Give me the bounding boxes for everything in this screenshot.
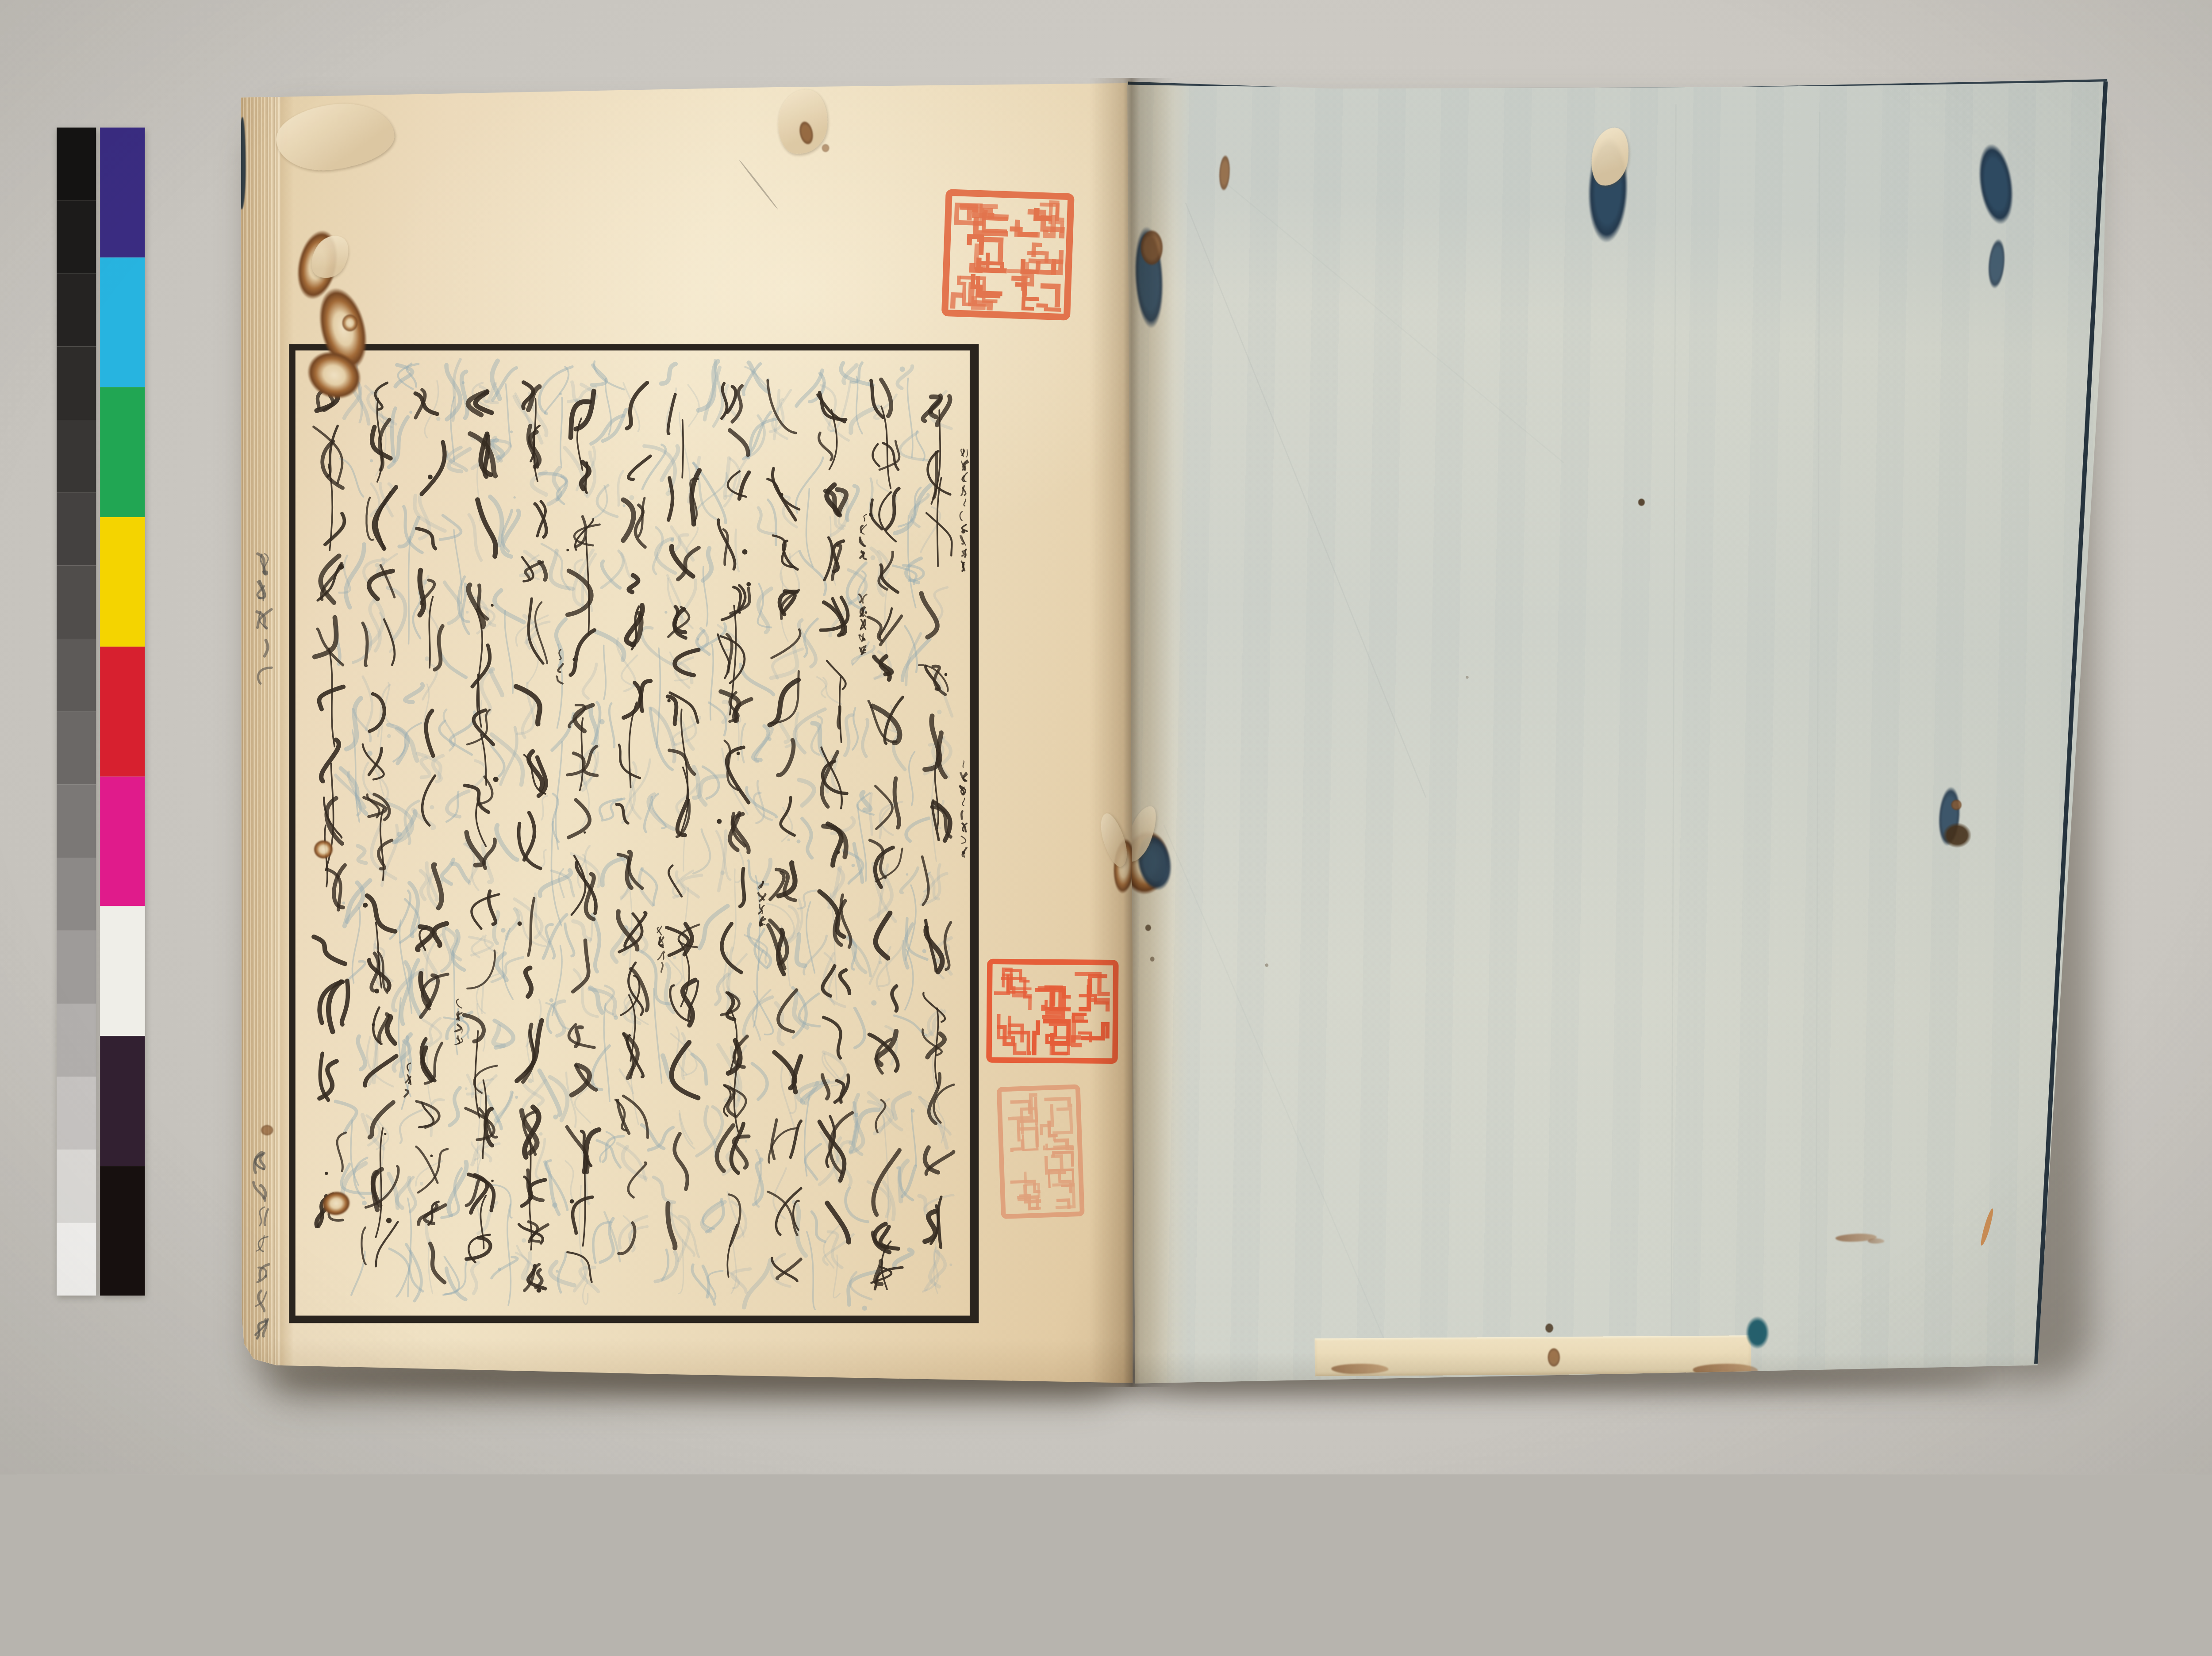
calligraphy-swash xyxy=(908,516,915,608)
calligraphy-stroke xyxy=(465,1108,494,1140)
calligraphy-stroke xyxy=(770,920,787,964)
calligraphy-stroke xyxy=(632,606,639,649)
calligraphy-stroke xyxy=(899,1161,907,1201)
calligraphy-swash xyxy=(604,645,606,699)
calligraphy-stroke xyxy=(961,561,964,571)
calligraphy-stroke xyxy=(962,848,966,857)
calligraphy-stroke xyxy=(780,592,797,614)
calligraphy-stroke xyxy=(961,836,966,843)
calligraphy-stroke xyxy=(875,1268,902,1289)
calligraphy-swash xyxy=(730,606,736,715)
calligraphy-stroke xyxy=(502,511,519,557)
calligraphy-stroke xyxy=(732,1202,746,1238)
gray-step xyxy=(57,493,96,566)
calligraphy-stroke xyxy=(926,666,939,690)
calligraphy-stroke xyxy=(877,480,896,501)
calligraphy-stroke xyxy=(681,580,695,623)
calligraphy-stroke xyxy=(397,729,417,761)
calligraphy-stroke xyxy=(398,364,413,389)
calligraphy-stroke xyxy=(732,386,742,422)
seal-script-stroke xyxy=(1022,1108,1037,1133)
calligraphy-stroke xyxy=(366,1166,399,1207)
calligraphy-stroke xyxy=(868,1182,890,1217)
calligraphy-stroke xyxy=(932,807,951,837)
paper-flap xyxy=(305,229,356,285)
calligraphy-stroke xyxy=(879,492,896,541)
brown-stain xyxy=(1217,150,1232,195)
calligraphy-stroke xyxy=(668,866,681,897)
seal-script-stroke xyxy=(1014,278,1025,293)
calligraphy-stroke xyxy=(718,1045,737,1100)
calligraphy-stroke xyxy=(379,559,390,578)
calligraphy-stroke xyxy=(778,990,797,1031)
calligraphy-stroke xyxy=(347,962,365,983)
calligraphy-stroke xyxy=(539,562,546,579)
calligraphy-stroke xyxy=(388,725,407,763)
calligraphy-stroke xyxy=(466,1238,490,1259)
calligraphy-stroke xyxy=(668,478,672,520)
calligraphy-swash xyxy=(507,1204,511,1305)
calligraphy-stroke xyxy=(524,1177,532,1199)
calligraphy-stroke xyxy=(962,461,965,470)
calligraphy-stroke xyxy=(885,705,896,732)
calligraphy-stroke xyxy=(260,1153,264,1169)
calligraphy-stroke xyxy=(572,856,585,915)
calligraphy-stroke xyxy=(826,491,840,515)
calligraphy-stroke xyxy=(964,462,968,470)
ink-dot xyxy=(852,864,855,867)
calligraphy-stroke xyxy=(841,363,873,385)
calligraphy-stroke xyxy=(848,1271,879,1305)
calligraphy-stroke xyxy=(407,1063,410,1071)
seal-script-stroke xyxy=(983,215,1006,231)
seal-script-stroke xyxy=(1023,261,1037,272)
calligraphy-stroke xyxy=(686,528,698,554)
calligraphy-stroke xyxy=(879,947,891,986)
calligraphy-stroke xyxy=(794,709,825,752)
cover-edge-sliver xyxy=(239,117,246,209)
calligraphy-stroke xyxy=(900,432,927,460)
calligraphy-stroke xyxy=(530,394,546,435)
calligraphy-stroke xyxy=(937,1206,941,1247)
seal-script-stroke xyxy=(1054,1038,1068,1054)
calligraphy-stroke xyxy=(790,554,799,593)
calligraphy-swash xyxy=(907,378,913,457)
calligraphy-stroke xyxy=(919,665,948,691)
ink-dot xyxy=(673,1061,677,1065)
gutter-seal-small xyxy=(999,1087,1082,1217)
calligraphy-stroke xyxy=(716,832,730,880)
calligraphy-stroke xyxy=(489,891,495,924)
calligraphy-stroke xyxy=(409,883,418,936)
calligraphy-stroke xyxy=(376,1119,388,1149)
calligraphy-stroke xyxy=(851,407,878,433)
calligraphy-stroke xyxy=(450,712,475,745)
dark-speck xyxy=(1940,820,1974,851)
calligraphy-stroke xyxy=(477,500,495,556)
calligraphy-stroke xyxy=(409,1077,411,1083)
calligraphy-swash xyxy=(684,802,689,871)
calligraphy-stroke xyxy=(827,1203,849,1242)
ink-dot xyxy=(462,381,465,384)
calligraphy-stroke xyxy=(407,364,419,387)
seal-script-stroke xyxy=(1080,996,1108,1003)
ink-dot xyxy=(539,1132,543,1136)
calligraphy-stroke xyxy=(472,438,491,468)
gray-step xyxy=(57,127,96,200)
calligraphy-stroke xyxy=(409,1077,411,1084)
calligraphy-stroke xyxy=(776,1188,801,1235)
calligraphy-stroke xyxy=(854,844,863,882)
calligraphy-swash xyxy=(399,998,411,1096)
calligraphy-stroke xyxy=(873,1150,899,1215)
calligraphy-stroke xyxy=(385,683,393,726)
calligraphy-stroke xyxy=(759,905,764,914)
calligraphy-stroke xyxy=(933,737,949,777)
calligraphy-stroke xyxy=(523,1024,534,1081)
calligraphy-stroke xyxy=(631,969,648,1011)
calligraphy-stroke xyxy=(318,383,346,408)
calligraphy-stroke xyxy=(457,1012,459,1019)
calligraphy-stroke xyxy=(623,383,639,431)
calligraphy-stroke xyxy=(675,658,693,688)
calligraphy-stroke xyxy=(577,447,595,490)
ink-dot xyxy=(436,417,440,421)
calligraphy-stroke xyxy=(556,619,565,667)
calligraphy-stroke xyxy=(469,1174,494,1210)
calligraphy-stroke xyxy=(457,1025,462,1033)
calligraphy-stroke xyxy=(725,458,729,498)
calligraphy-stroke xyxy=(357,846,366,863)
ink-dot xyxy=(760,924,763,926)
calligraphy-stroke xyxy=(624,992,636,1023)
calligraphy-stroke xyxy=(823,1017,841,1058)
calligraphy-swash xyxy=(856,376,863,433)
color-patch-yellow xyxy=(100,517,145,647)
calligraphy-stroke xyxy=(571,402,590,437)
calligraphy-stroke xyxy=(881,802,902,835)
calligraphy-stroke xyxy=(771,671,799,724)
calligraphy-stroke xyxy=(472,1142,480,1160)
calligraphy-stroke xyxy=(447,1012,472,1038)
calligraphy-stroke xyxy=(617,804,628,823)
calligraphy-stroke xyxy=(721,993,739,1015)
ink-dot xyxy=(528,1078,533,1083)
ink-dot xyxy=(848,602,852,606)
calligraphy-stroke xyxy=(697,631,709,654)
calligraphy-stroke xyxy=(521,552,541,575)
calligraphy-stroke xyxy=(776,1003,783,1044)
calligraphy-stroke xyxy=(581,462,589,489)
calligraphy-stroke xyxy=(371,483,380,511)
calligraphy-swash xyxy=(577,418,583,470)
calligraphy-stroke xyxy=(374,794,389,820)
calligraphy-stroke xyxy=(588,452,595,496)
calligraphy-stroke xyxy=(593,1223,611,1263)
cover-showthrough-stain xyxy=(1985,234,2008,293)
seal-script-stroke xyxy=(1055,1146,1072,1149)
calligraphy-stroke xyxy=(585,463,587,493)
ink-dot xyxy=(425,656,430,661)
calligraphy-stroke xyxy=(870,479,873,516)
calligraphy-stroke xyxy=(422,1018,440,1045)
calligraphy-stroke xyxy=(899,488,921,527)
calligraphy-swash xyxy=(629,885,632,973)
calligraphy-stroke xyxy=(373,1008,381,1044)
calligraphy-stroke xyxy=(812,723,823,755)
calligraphy-stroke xyxy=(329,982,341,1032)
seal-script-stroke xyxy=(1025,1186,1039,1201)
calligraphy-stroke xyxy=(680,1114,695,1149)
calligraphy-stroke xyxy=(672,1043,698,1098)
calligraphy-stroke xyxy=(575,1084,595,1123)
calligraphy-stroke xyxy=(927,1011,945,1036)
calligraphy-stroke xyxy=(345,880,370,926)
calligraphy-stroke xyxy=(673,717,700,745)
calligraphy-stroke xyxy=(416,1161,442,1186)
calligraphy-stroke xyxy=(523,382,534,408)
calligraphy-stroke xyxy=(481,673,490,716)
gray-step xyxy=(57,931,96,1004)
calligraphy-stroke xyxy=(748,924,771,966)
calligraphy-stroke xyxy=(770,680,799,725)
paper-crease xyxy=(1671,104,1676,1359)
seal-script-stroke xyxy=(976,220,1006,234)
calligraphy-stroke xyxy=(960,786,965,795)
calligraphy-stroke xyxy=(966,449,968,457)
calligraphy-stroke xyxy=(417,529,435,548)
calligraphy-stroke xyxy=(389,1249,423,1291)
calligraphy-stroke xyxy=(474,710,494,745)
seal-script-stroke xyxy=(1038,306,1060,310)
calligraphy-stroke xyxy=(902,1166,916,1196)
calligraphy-stroke xyxy=(261,1185,265,1198)
calligraphy-stroke xyxy=(868,617,882,641)
calligraphy-stroke xyxy=(754,793,772,820)
calligraphy-stroke xyxy=(822,761,847,793)
calligraphy-stroke xyxy=(926,920,936,971)
right-page-artwork xyxy=(1126,77,2111,1388)
cover-showthrough-stain xyxy=(1971,136,2021,233)
calligraphy-stroke xyxy=(535,850,546,868)
calligraphy-stroke xyxy=(576,517,586,547)
calligraphy-stroke xyxy=(934,938,951,974)
calligraphy-stroke xyxy=(635,505,645,547)
calligraphy-stroke xyxy=(524,813,534,860)
calligraphy-stroke xyxy=(641,870,657,905)
ink-dot xyxy=(629,495,634,500)
calligraphy-stroke xyxy=(783,591,795,612)
ink-dot xyxy=(787,838,790,841)
calligraphy-stroke xyxy=(895,1250,913,1267)
calligraphy-stroke xyxy=(827,485,838,513)
calligraphy-swash xyxy=(583,1153,585,1246)
calligraphy-stroke xyxy=(697,1107,722,1156)
calligraphy-swash xyxy=(630,1015,638,1124)
calligraphy-stroke xyxy=(848,936,865,972)
calligraphy-stroke xyxy=(445,582,461,623)
calligraphy-stroke xyxy=(744,364,760,395)
calligraphy-stroke xyxy=(258,667,272,683)
calligraphy-stroke xyxy=(709,702,726,735)
calligraphy-stroke xyxy=(622,655,642,689)
calligraphy-stroke xyxy=(860,552,864,558)
calligraphy-stroke xyxy=(863,720,868,757)
calligraphy-swash xyxy=(530,1192,531,1250)
calligraphy-stroke xyxy=(860,648,863,654)
calligraphy-stroke xyxy=(722,749,748,814)
calligraphy-stroke xyxy=(759,882,764,889)
calligraphy-stroke xyxy=(619,745,640,778)
calligraphy-stroke xyxy=(638,498,644,536)
seal-script-stroke xyxy=(1054,1184,1074,1207)
right-page-gutter-curve xyxy=(1126,77,1189,1388)
calligraphy-swash xyxy=(905,885,916,960)
calligraphy-stroke xyxy=(449,449,470,471)
calligraphy-stroke xyxy=(831,489,848,535)
calligraphy-stroke xyxy=(773,536,794,567)
calligraphy-stroke xyxy=(802,1083,823,1103)
calligraphy-swash xyxy=(629,995,635,1061)
calligraphy-stroke xyxy=(754,991,773,1035)
calligraphy-stroke xyxy=(781,797,795,835)
calligraphy-stroke xyxy=(823,826,846,857)
calligraphy-stroke xyxy=(416,390,425,418)
calligraphy-stroke xyxy=(574,753,597,775)
calligraphy-stroke xyxy=(372,427,391,459)
calligraphy-stroke xyxy=(435,626,443,670)
ink-dot xyxy=(556,1270,559,1273)
calligraphy-stroke xyxy=(747,416,764,457)
seal-script-stroke xyxy=(1017,284,1025,296)
ink-dot xyxy=(553,1115,558,1119)
calligraphy-stroke xyxy=(515,396,542,443)
calligraphy-stroke xyxy=(486,383,495,402)
ink-dot xyxy=(929,410,933,414)
calligraphy-stroke xyxy=(431,1100,444,1135)
seal-script-stroke xyxy=(998,1016,1010,1038)
calligraphy-stroke xyxy=(872,1267,891,1283)
color-patch-cyan xyxy=(100,257,145,387)
calligraphy-stroke xyxy=(669,1212,699,1257)
calligraphy-stroke xyxy=(714,360,722,426)
calligraphy-stroke xyxy=(257,612,267,628)
calligraphy-swash xyxy=(806,489,813,567)
calligraphy-stroke xyxy=(825,953,835,1004)
ink-dot xyxy=(374,989,379,993)
calligraphy-stroke xyxy=(702,1202,725,1231)
calligraphy-stroke xyxy=(779,863,795,896)
calligraphy-stroke xyxy=(634,683,642,711)
calligraphy-stroke xyxy=(799,994,820,1027)
calligraphy-stroke xyxy=(869,1093,892,1133)
calligraphy-stroke xyxy=(346,698,361,749)
ink-dot xyxy=(862,1306,867,1311)
calligraphy-stroke xyxy=(256,1292,267,1306)
calligraphy-stroke xyxy=(721,691,739,721)
calligraphy-stroke xyxy=(257,554,265,573)
calligraphy-stroke xyxy=(434,865,442,908)
brown-stain xyxy=(795,117,817,149)
dark-speck xyxy=(1144,924,1152,932)
seal-script-stroke xyxy=(1050,202,1063,223)
calligraphy-stroke xyxy=(892,986,897,1011)
calligraphy-stroke xyxy=(819,891,844,936)
calligraphy-stroke xyxy=(428,870,439,908)
calligraphy-stroke xyxy=(845,1188,868,1222)
calligraphy-stroke xyxy=(400,1110,422,1143)
calligraphy-stroke xyxy=(962,525,967,531)
calligraphy-stroke xyxy=(962,537,966,545)
calligraphy-stroke xyxy=(389,417,408,467)
calligraphy-stroke xyxy=(575,560,592,611)
calligraphy-stroke xyxy=(963,773,966,781)
calligraphy-stroke xyxy=(440,451,448,469)
seal-layer xyxy=(945,192,1116,1216)
calligraphy-stroke xyxy=(629,575,638,592)
calligraphy-swash xyxy=(806,902,815,973)
calligraphy-stroke xyxy=(612,928,626,962)
calligraphy-stroke xyxy=(741,664,773,694)
ink-dot xyxy=(641,1073,643,1076)
worm-hole xyxy=(301,268,385,389)
calligraphy-swash xyxy=(329,648,335,747)
calligraphy-stroke xyxy=(875,652,891,678)
calligraphy-stroke xyxy=(672,527,680,552)
calligraphy-swash xyxy=(506,384,511,447)
calligraphy-stroke xyxy=(727,634,732,672)
dark-speck xyxy=(1637,497,1646,507)
calligraphy-stroke xyxy=(369,571,393,599)
seal-script-stroke xyxy=(1049,1169,1073,1187)
calligraphy-stroke xyxy=(870,840,885,878)
calligraphy-stroke xyxy=(455,1038,460,1045)
calligraphy-swash xyxy=(377,399,382,482)
calligraphy-stroke xyxy=(923,1247,938,1292)
seal-script-stroke xyxy=(1054,1152,1073,1166)
calligraphy-stroke xyxy=(315,617,336,657)
calligraphy-stroke xyxy=(575,519,593,550)
calligraphy-stroke xyxy=(357,357,362,422)
calligraphy-stroke xyxy=(731,588,750,613)
calligraphy-swash xyxy=(476,798,486,847)
ink-dot xyxy=(697,638,699,640)
calligraphy-stroke xyxy=(843,851,863,883)
calligraphy-stroke xyxy=(744,1260,770,1307)
calligraphy-stroke xyxy=(860,609,863,616)
calligraphy-stroke xyxy=(925,1147,938,1173)
calligraphy-stroke xyxy=(847,563,866,610)
calligraphy-stroke xyxy=(376,554,397,579)
calligraphy-stroke xyxy=(519,824,541,869)
calligraphy-stroke xyxy=(821,385,836,431)
calligraphy-stroke xyxy=(903,565,924,580)
calligraphy-stroke xyxy=(373,1169,382,1205)
calligraphy-stroke xyxy=(618,1143,646,1180)
calligraphy-stroke xyxy=(780,551,798,591)
calligraphy-stroke xyxy=(821,1132,840,1182)
scratch-mark xyxy=(738,159,779,210)
seal-script-stroke xyxy=(1018,1098,1037,1140)
ink-dot xyxy=(582,1166,585,1169)
calligraphy-stroke xyxy=(826,1116,834,1167)
calligraphy-stroke xyxy=(567,1252,591,1282)
calligraphy-stroke xyxy=(810,373,824,402)
calligraphy-stroke xyxy=(592,1046,609,1089)
calligraphy-stroke xyxy=(719,831,726,891)
calligraphy-stroke xyxy=(880,803,896,838)
calligraphy-stroke xyxy=(772,649,802,678)
